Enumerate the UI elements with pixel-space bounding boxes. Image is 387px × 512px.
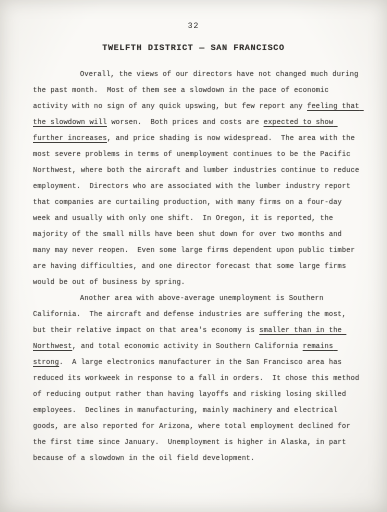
document-page: 32 TWELFTH DISTRICT — SAN FRANCISCO Over… <box>0 0 387 512</box>
text-segment: , and price shading is now widespread. T… <box>33 135 364 287</box>
text-segment: worsen. Both prices and costs are <box>107 119 264 127</box>
document-body: Overall, the views of our directors have… <box>33 67 361 467</box>
paragraph: Another area with above-average unemploy… <box>33 291 361 467</box>
text-segment: . A large electronics manufacturer in th… <box>33 359 364 463</box>
paragraph: Overall, the views of our directors have… <box>33 67 361 291</box>
page-title: TWELFTH DISTRICT — SAN FRANCISCO <box>0 43 387 53</box>
text-segment: , and total economic activity in Souther… <box>72 343 303 351</box>
page-number: 32 <box>0 22 387 31</box>
